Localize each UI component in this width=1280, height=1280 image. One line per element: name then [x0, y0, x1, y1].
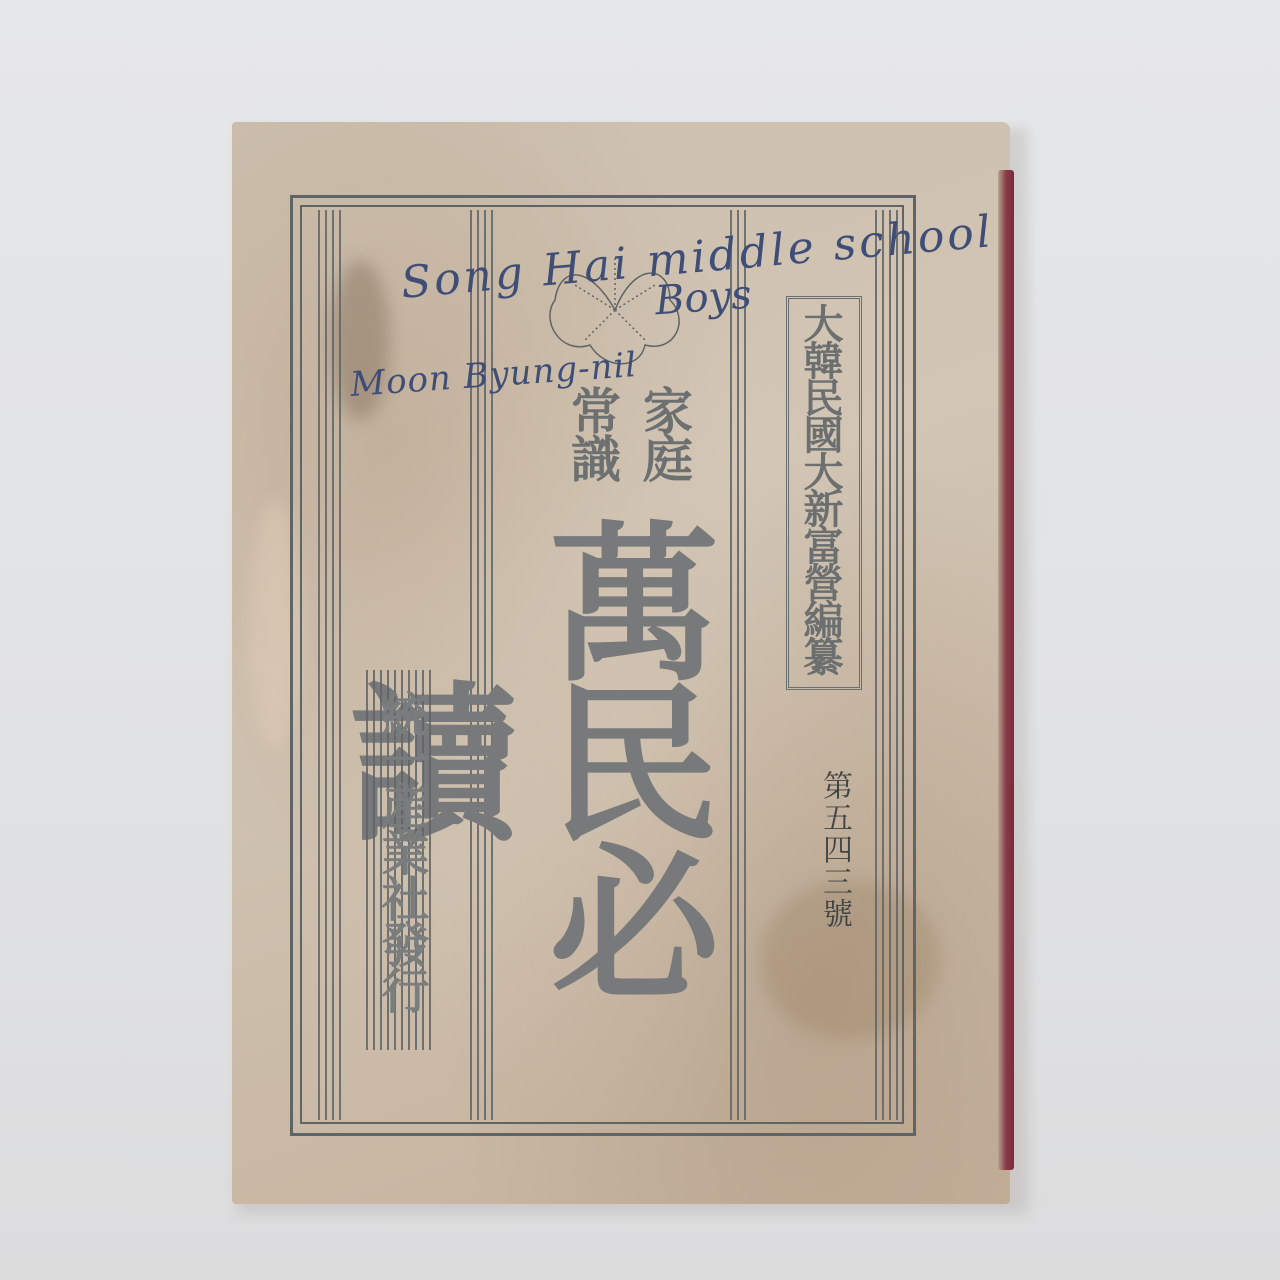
cover-title: 萬民必讀 [520, 490, 720, 1020]
left-column: 統一産業社發行 [366, 670, 436, 1050]
left-column-text: 統一産業社發行 [374, 690, 428, 1012]
book-spine-edge [998, 170, 1014, 1170]
publisher-text: 大韓民國大新富營編纂 [793, 303, 847, 683]
cover-subtitle: 家庭常識 [540, 385, 700, 495]
handwriting-boys: Boys [654, 272, 754, 325]
publisher-box: 大韓民國大新富營編纂 [786, 296, 862, 690]
decorative-vertical-lines-center-right [730, 210, 746, 1120]
decorative-vertical-lines-left [318, 210, 341, 1120]
issue-number: 第五四三號 [812, 770, 856, 930]
decorative-vertical-lines-center-left [470, 210, 493, 1120]
decorative-vertical-lines-right [875, 210, 898, 1120]
